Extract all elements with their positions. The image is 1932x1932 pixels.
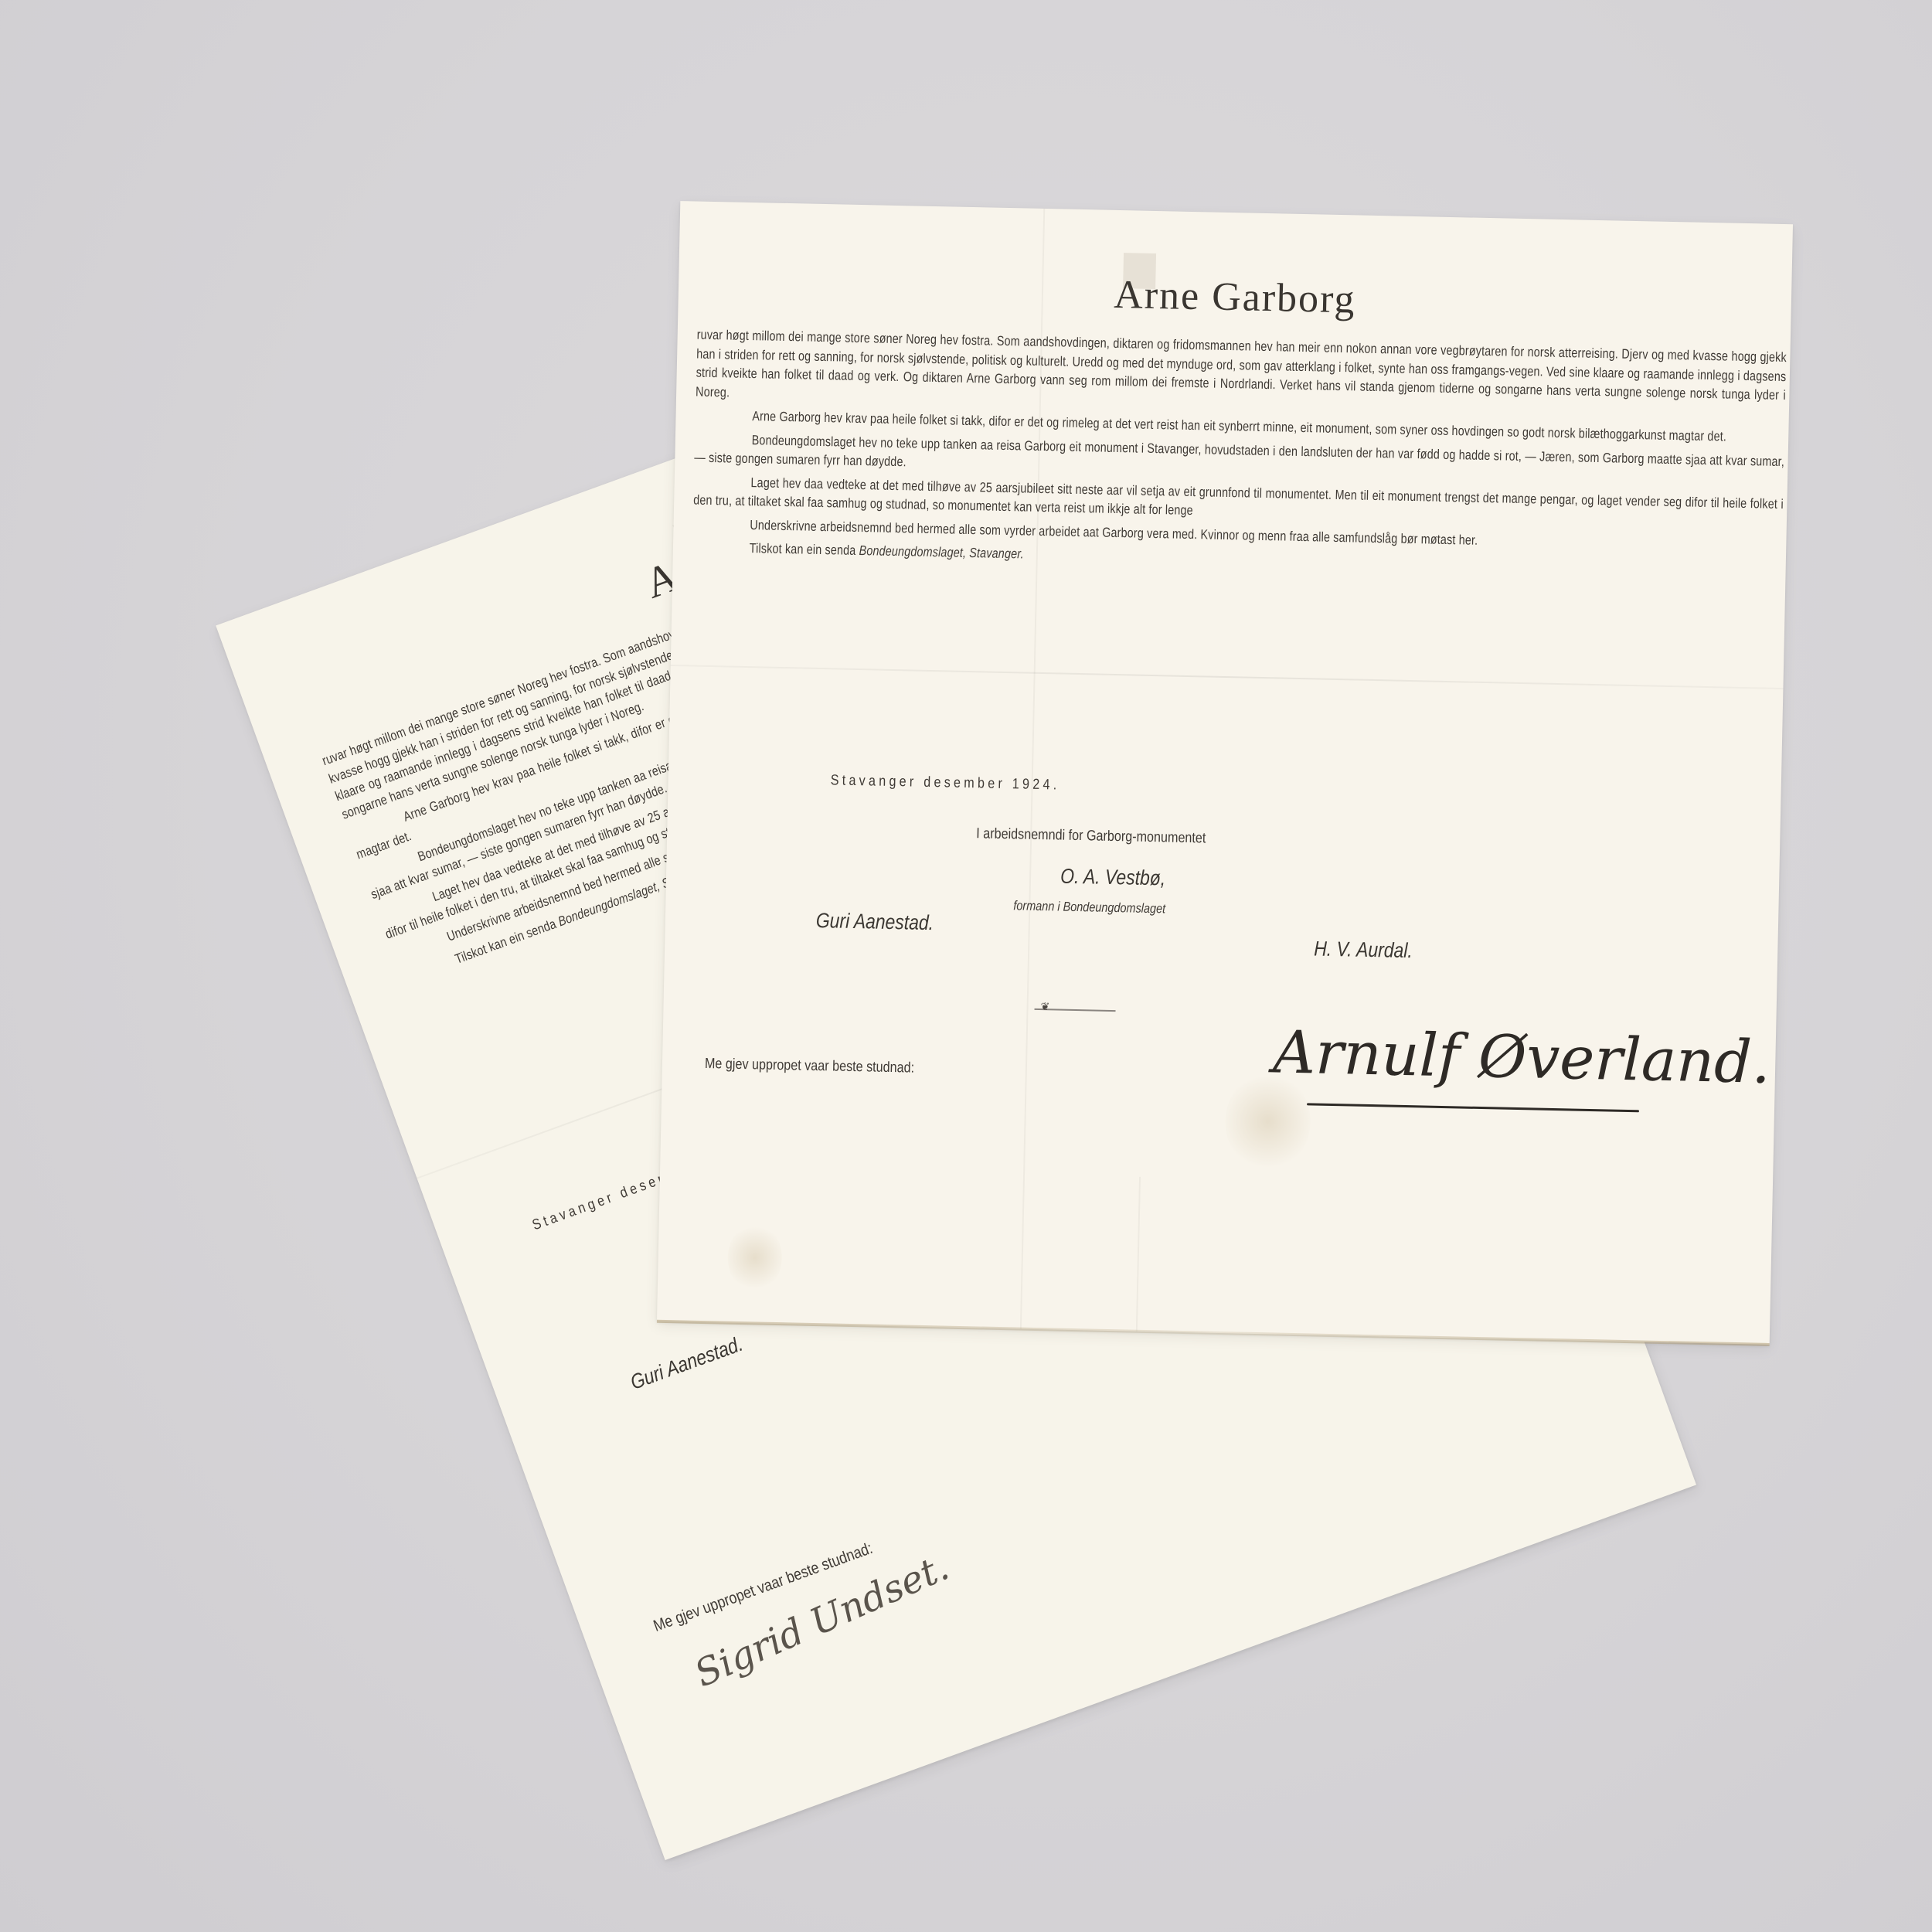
chairman-role: formann i Bondeungdomslaget	[1013, 898, 1165, 917]
signature-underline	[1307, 1103, 1639, 1112]
contribution-address: Bondeungdomslaget, Stavanger.	[859, 543, 1024, 561]
ornament-divider	[1035, 1009, 1116, 1012]
paper-stain	[727, 1223, 783, 1293]
handwritten-signature: Arnulf Øverland.	[1273, 1017, 1771, 1096]
support-line: Me gjev uppropet vaar beste studnad:	[705, 1056, 915, 1077]
document-title: Arne Garborg	[678, 263, 1791, 332]
front-document: Arne Garborg ruvar høgt millom dei mange…	[657, 201, 1793, 1345]
chairman-name: O. A. Vestbø,	[1060, 865, 1166, 891]
signatory-name: Guri Aanestad.	[628, 1332, 747, 1395]
signatory-name: H. V. Aurdal.	[1314, 937, 1413, 963]
fold-line	[671, 665, 1784, 689]
committee-line: I arbeidsnemndi for Garborg-monumentet	[976, 825, 1206, 847]
contribution-prefix: Tilskot kan ein senda	[750, 540, 856, 558]
paper-stain	[1224, 1070, 1311, 1172]
place-date: Stavanger desember 1924.	[830, 772, 1060, 794]
signatory-name: Guri Aanestad.	[816, 909, 934, 935]
document-body: ruvar høgt millom dei mange store søner …	[692, 325, 1787, 584]
fold-line	[1136, 1177, 1141, 1332]
